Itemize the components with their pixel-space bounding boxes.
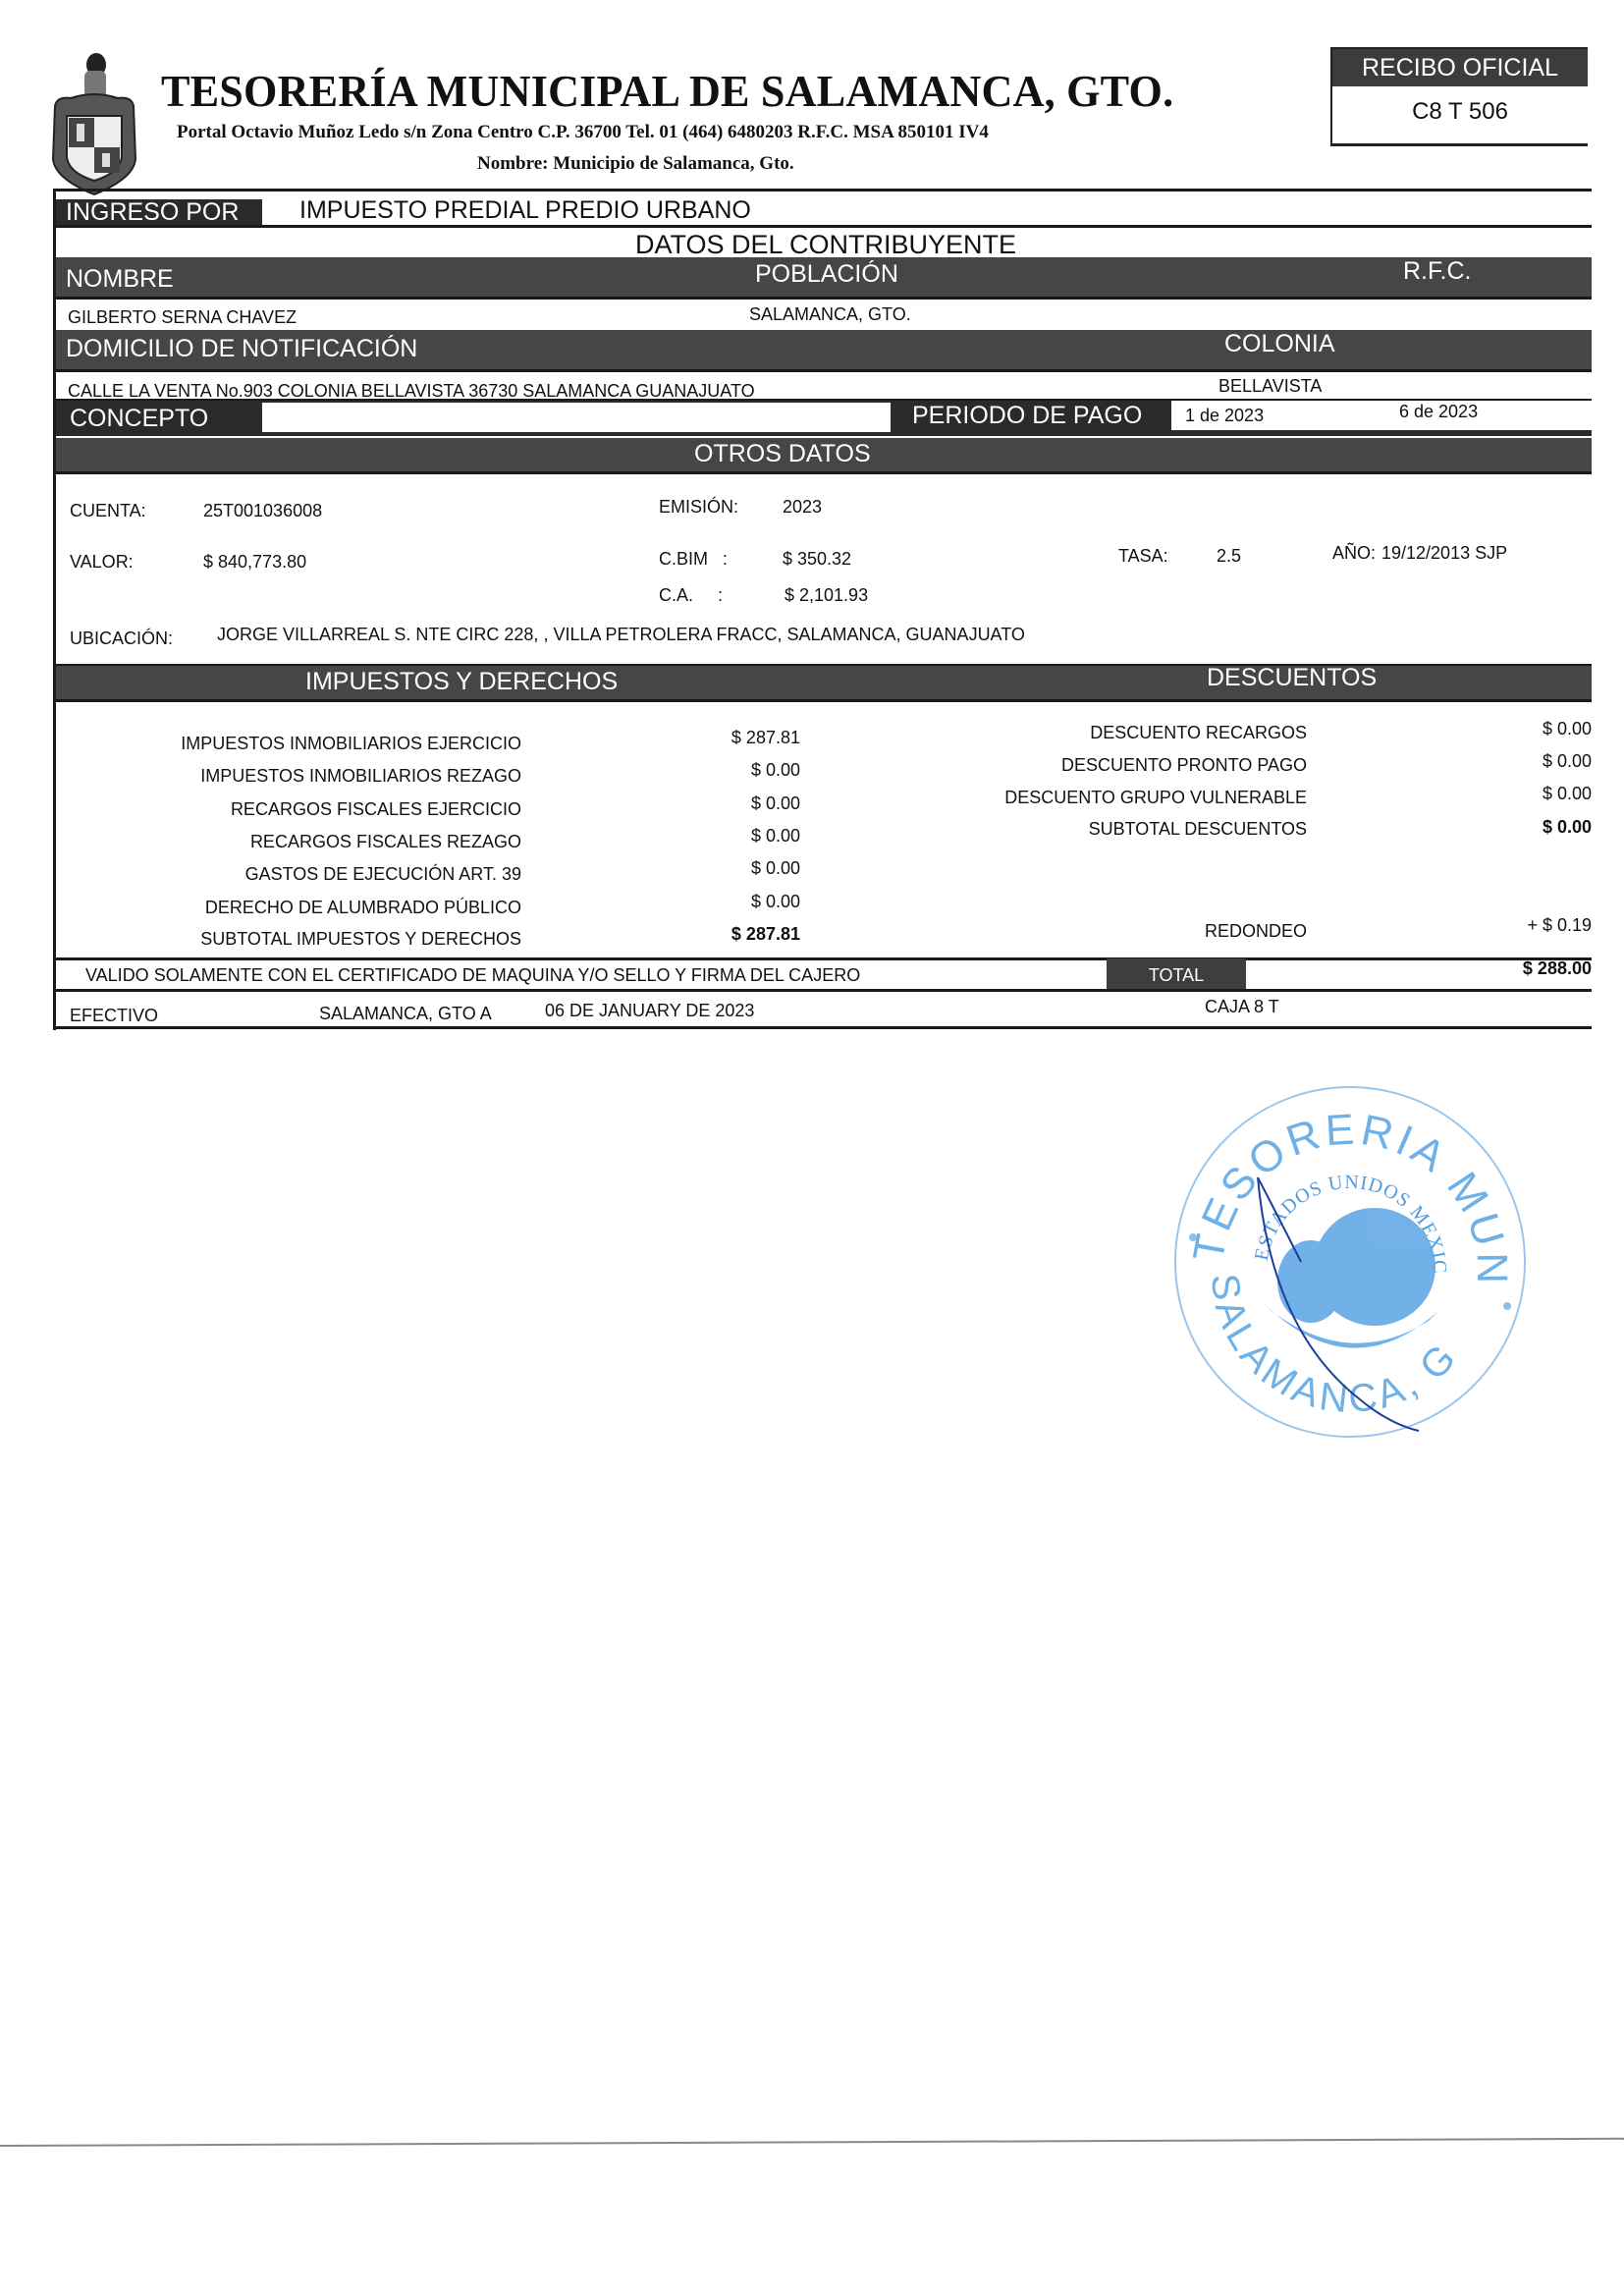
- ca-value: $ 2,101.93: [785, 585, 868, 606]
- descuento-item-amount: $ 0.00: [1543, 719, 1592, 739]
- redondeo-label: REDONDEO: [1205, 921, 1307, 942]
- institution-address: Portal Octavio Muñoz Ledo s/n Zona Centr…: [177, 122, 989, 143]
- nombre-value: GILBERTO SERNA CHAVEZ: [68, 307, 297, 328]
- impuestos-title: IMPUESTOS Y DERECHOS: [305, 668, 618, 696]
- valor-value: $ 840,773.80: [203, 552, 306, 573]
- valor-label: VALOR:: [70, 552, 134, 573]
- otros-datos-bar: OTROS DATOS: [56, 438, 1592, 471]
- cuenta-value: 25T001036008: [203, 501, 322, 521]
- receipt-number-box: RECIBO OFICIAL C8 T 506: [1330, 47, 1588, 146]
- ca-label: C.A. :: [659, 585, 723, 606]
- conceptos-header-bar: IMPUESTOS Y DERECHOS DESCUENTOS: [56, 666, 1592, 699]
- rfc-label: R.F.C.: [1403, 257, 1471, 286]
- cashier-id: CAJA 8 T: [1205, 997, 1279, 1017]
- descuento-item-label: DESCUENTO PRONTO PAGO: [1061, 755, 1307, 776]
- periodo-desde: 1 de 2023: [1185, 406, 1264, 426]
- impuesto-item-label: DERECHO DE ALUMBRADO PÚBLICO: [205, 898, 521, 918]
- concepto-field: [262, 403, 891, 432]
- receipt-form: INGRESO POR IMPUESTO PREDIAL PREDIO URBA…: [53, 189, 1592, 1030]
- ubicacion-label: UBICACIÓN:: [70, 629, 173, 649]
- ingreso-label: INGRESO POR: [66, 198, 239, 227]
- periodo-hasta: 6 de 2023: [1399, 402, 1478, 422]
- domicilio-label: DOMICILIO DE NOTIFICACIÓN: [66, 335, 417, 363]
- concepto-label: CONCEPTO: [70, 405, 208, 433]
- ubicacion-value: JORGE VILLARREAL S. NTE CIRC 228, , VILL…: [217, 625, 1025, 645]
- total-label: TOTAL: [1107, 965, 1246, 986]
- impuesto-item-label: RECARGOS FISCALES REZAGO: [250, 832, 521, 852]
- redondeo-amount: + $ 0.19: [1527, 915, 1592, 936]
- descuento-item-amount: $ 0.00: [1543, 751, 1592, 772]
- receipt-label: RECIBO OFICIAL: [1332, 49, 1588, 86]
- emision-label: EMISIÓN:: [659, 497, 738, 518]
- colonia-label: COLONIA: [1224, 330, 1335, 358]
- descuentos-title: DESCUENTOS: [1207, 664, 1377, 692]
- ingreso-value: IMPUESTO PREDIAL PREDIO URBANO: [299, 196, 751, 225]
- impuestos-subtotal-label: SUBTOTAL IMPUESTOS Y DERECHOS: [200, 929, 521, 950]
- cbim-value: $ 350.32: [783, 549, 851, 570]
- impuesto-item-label: RECARGOS FISCALES EJERCICIO: [231, 799, 521, 820]
- payment-method: EFECTIVO: [70, 1006, 158, 1026]
- impuesto-item-amount: $ 287.81: [731, 728, 800, 748]
- cbim-label: C.BIM :: [659, 549, 728, 570]
- nombre-label: NOMBRE: [66, 265, 174, 294]
- periodo-label: PERIODO DE PAGO: [912, 402, 1142, 430]
- institution-name: Nombre: Municipio de Salamanca, Gto.: [477, 153, 794, 175]
- poblacion-value: SALAMANCA, GTO.: [749, 304, 911, 325]
- emision-value: 2023: [783, 497, 822, 518]
- descuento-item-amount: $ 0.00: [1543, 784, 1592, 804]
- impuesto-item-amount: $ 0.00: [751, 892, 800, 912]
- eagle-emblem-icon: [1262, 1208, 1438, 1348]
- institution-title: TESORERÍA MUNICIPAL DE SALAMANCA, GTO.: [161, 65, 1173, 117]
- cuenta-label: CUENTA:: [70, 501, 146, 521]
- impuesto-item-amount: $ 0.00: [751, 793, 800, 814]
- total-label-box: TOTAL: [1107, 958, 1246, 990]
- anio-value: 19/12/2013 SJP: [1381, 543, 1507, 564]
- domicilio-header-bar: DOMICILIO DE NOTIFICACIÓN COLONIA: [56, 330, 1592, 369]
- validity-note: VALIDO SOLAMENTE CON EL CERTIFICADO DE M…: [85, 965, 860, 986]
- total-amount: $ 288.00: [1523, 958, 1592, 979]
- concepto-bar: CONCEPTO PERIODO DE PAGO 1 de 2023 6 de …: [56, 401, 1592, 436]
- descuentos-subtotal-label: SUBTOTAL DESCUENTOS: [1089, 819, 1307, 840]
- impuesto-item-amount: $ 0.00: [751, 760, 800, 781]
- receipt-number: C8 T 506: [1332, 98, 1588, 126]
- payment-date: 06 DE JANUARY DE 2023: [545, 1001, 754, 1021]
- ingreso-label-bar: INGRESO POR: [56, 199, 262, 225]
- descuentos-subtotal-amount: $ 0.00: [1543, 817, 1592, 838]
- tasa-label: TASA:: [1118, 546, 1168, 567]
- page-edge-line: [0, 2138, 1624, 2147]
- descuento-item-label: DESCUENTO GRUPO VULNERABLE: [1004, 788, 1307, 808]
- colonia-value: BELLAVISTA: [1218, 376, 1322, 397]
- official-seal-stamp: TESORERIA MUNICIPAL SALAMANCA, GTO ESTAD…: [1164, 1075, 1537, 1449]
- tasa-value: 2.5: [1217, 546, 1241, 567]
- payment-place: SALAMANCA, GTO A: [319, 1004, 492, 1024]
- otros-datos-title: OTROS DATOS: [694, 440, 871, 468]
- descuento-item-label: DESCUENTO RECARGOS: [1090, 723, 1307, 743]
- contribuyente-section-title: DATOS DEL CONTRIBUYENTE: [635, 230, 1016, 260]
- municipal-coat-of-arms-icon: [47, 51, 141, 198]
- impuesto-item-amount: $ 0.00: [751, 858, 800, 879]
- periodo-field: 1 de 2023 6 de 2023: [1171, 401, 1592, 430]
- impuesto-item-label: IMPUESTOS INMOBILIARIOS EJERCICIO: [181, 734, 521, 754]
- impuesto-item-label: GASTOS DE EJECUCIÓN ART. 39: [245, 864, 521, 885]
- anio-label: AÑO:: [1332, 543, 1376, 564]
- impuesto-item-label: IMPUESTOS INMOBILIARIOS REZAGO: [200, 766, 521, 787]
- contribuyente-header-bar: NOMBRE POBLACIÓN R.F.C.: [56, 257, 1592, 297]
- poblacion-label: POBLACIÓN: [755, 260, 898, 289]
- impuesto-item-amount: $ 0.00: [751, 826, 800, 847]
- impuestos-subtotal-amount: $ 287.81: [731, 924, 800, 945]
